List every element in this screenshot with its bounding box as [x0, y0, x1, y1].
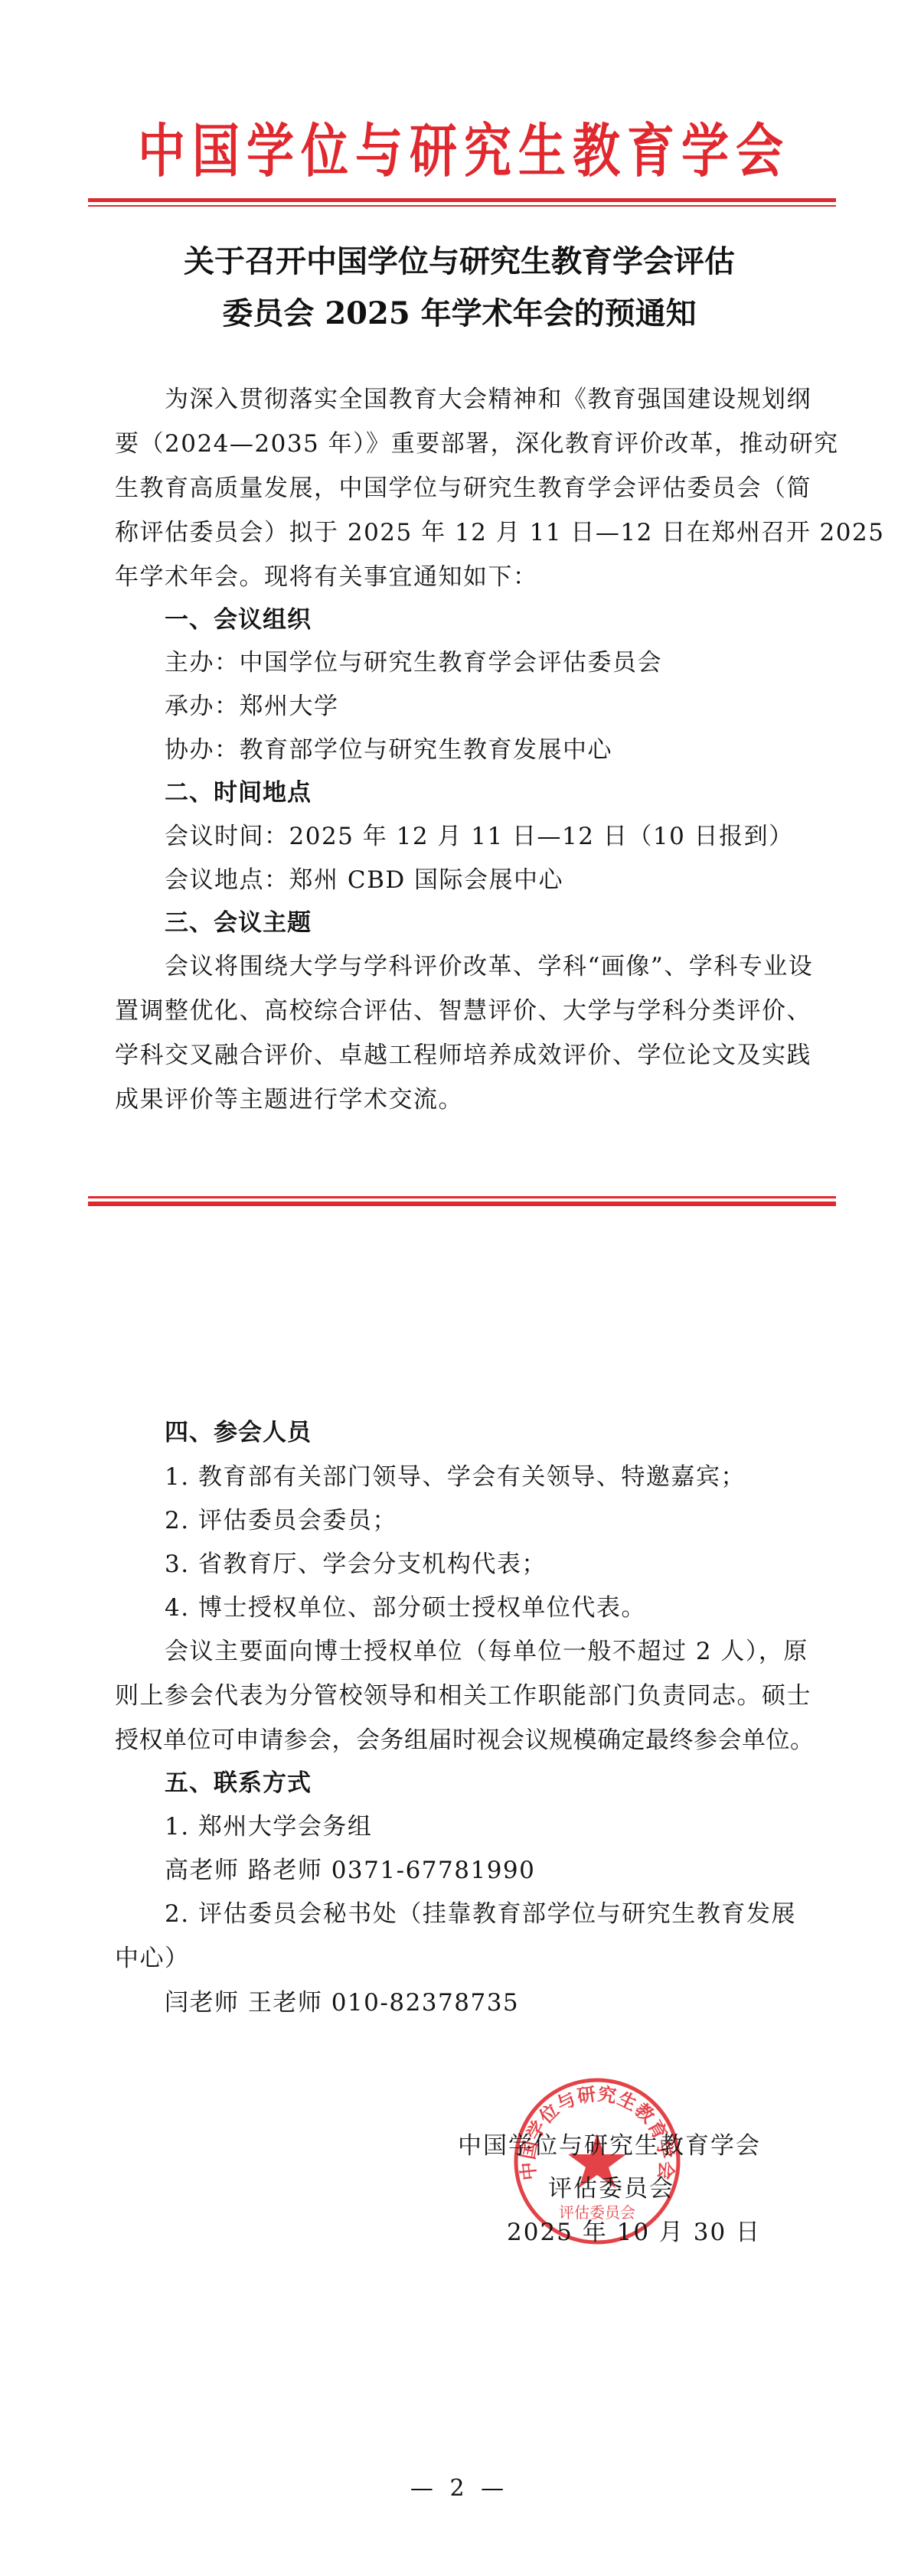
meeting-venue: 会议地点：郑州 CBD 国际会展中心: [165, 865, 854, 895]
letterhead-rule-thick: [88, 198, 836, 202]
section-heading: 四、参会人员: [165, 1417, 854, 1448]
theme-line: 置调整优化、高校综合评估、智慧评价、大学与学科分类评价、: [115, 996, 795, 1026]
theme-line: 成果评价等主题进行学术交流。: [115, 1084, 804, 1115]
signature-committee: 评估委员会: [548, 2173, 674, 2204]
attendee-item: 2. 评估委员会委员；: [165, 1505, 854, 1536]
intro-line: 要（2024—2035 年）》重要部署，深化教育评价改革，推动研究: [115, 429, 795, 459]
page-break-rule-thick: [88, 1202, 836, 1206]
notice-title-line1: 关于召开中国学位与研究生教育学会评估: [77, 236, 842, 288]
attendee-note-line: 会议主要面向博士授权单位（每单位一般不超过 2 人），原: [165, 1636, 796, 1667]
signature-date: 2025 年 10 月 30 日: [507, 2217, 761, 2248]
attendee-item: 1. 教育部有关部门领导、学会有关领导、特邀嘉宾；: [165, 1462, 854, 1492]
intro-line: 生教育高质量发展，中国学位与研究生教育学会评估委员会（简: [115, 473, 795, 504]
section-heading: 一、会议组织: [165, 605, 854, 635]
intro-line: 为深入贯彻落实全国教育大会精神和《教育强国建设规划纲: [165, 384, 796, 415]
attendee-note-line: 则上参会代表为分管校领导和相关工作职能部门负责同志。硕士: [115, 1681, 795, 1711]
intro-line: 年学术年会。现将有关事宜通知如下：: [115, 562, 804, 592]
intro-line: 称评估委员会）拟于 2025 年 12 月 11 日—12 日在郑州召开 202…: [115, 517, 795, 548]
organizer-item: 主办：中国学位与研究生教育学会评估委员会: [165, 647, 854, 678]
contact-people: 高老师 路老师 0371-67781990: [165, 1855, 854, 1886]
section-heading: 二、时间地点: [165, 778, 854, 808]
letterhead-rule-thin: [88, 205, 836, 207]
attendee-note-line: 授权单位可申请参会，会务组届时视会议规模确定最终参会单位。: [115, 1725, 795, 1756]
contact-group-title: 1. 郑州大学会务组: [165, 1811, 854, 1842]
contact-group-title: 2. 评估委员会秘书处（挂靠教育部学位与研究生教育发展: [165, 1899, 796, 1929]
page-break-rule-thin: [88, 1196, 836, 1198]
organizer-item: 协办：教育部学位与研究生教育发展中心: [165, 735, 854, 765]
notice-title-line2: 委员会 2025 年学术年会的预通知: [77, 288, 842, 340]
section-heading: 三、会议主题: [165, 908, 854, 938]
meeting-time: 会议时间：2025 年 12 月 11 日—12 日（10 日报到）: [165, 821, 854, 852]
section-heading: 五、联系方式: [165, 1768, 854, 1798]
organizer-item: 承办：郑州大学: [165, 691, 854, 722]
page-number: — 2 —: [344, 2473, 574, 2504]
attendee-item: 4. 博士授权单位、部分硕士授权单位代表。: [165, 1593, 854, 1623]
signature-org: 中国学位与研究生教育学会: [458, 2131, 761, 2161]
attendee-item: 3. 省教育厅、学会分支机构代表；: [165, 1549, 854, 1580]
contact-group-title-cont: 中心）: [115, 1943, 804, 1974]
theme-line: 学科交叉融合评价、卓越工程师培养成效评价、学位论文及实践: [115, 1040, 795, 1071]
letterhead-org-name: 中国学位与研究生教育学会: [138, 107, 789, 196]
contact-people: 闫老师 王老师 010-82378735: [165, 1987, 854, 2018]
theme-line: 会议将围绕大学与学科评价改革、学科“画像”、学科专业设: [165, 951, 796, 982]
